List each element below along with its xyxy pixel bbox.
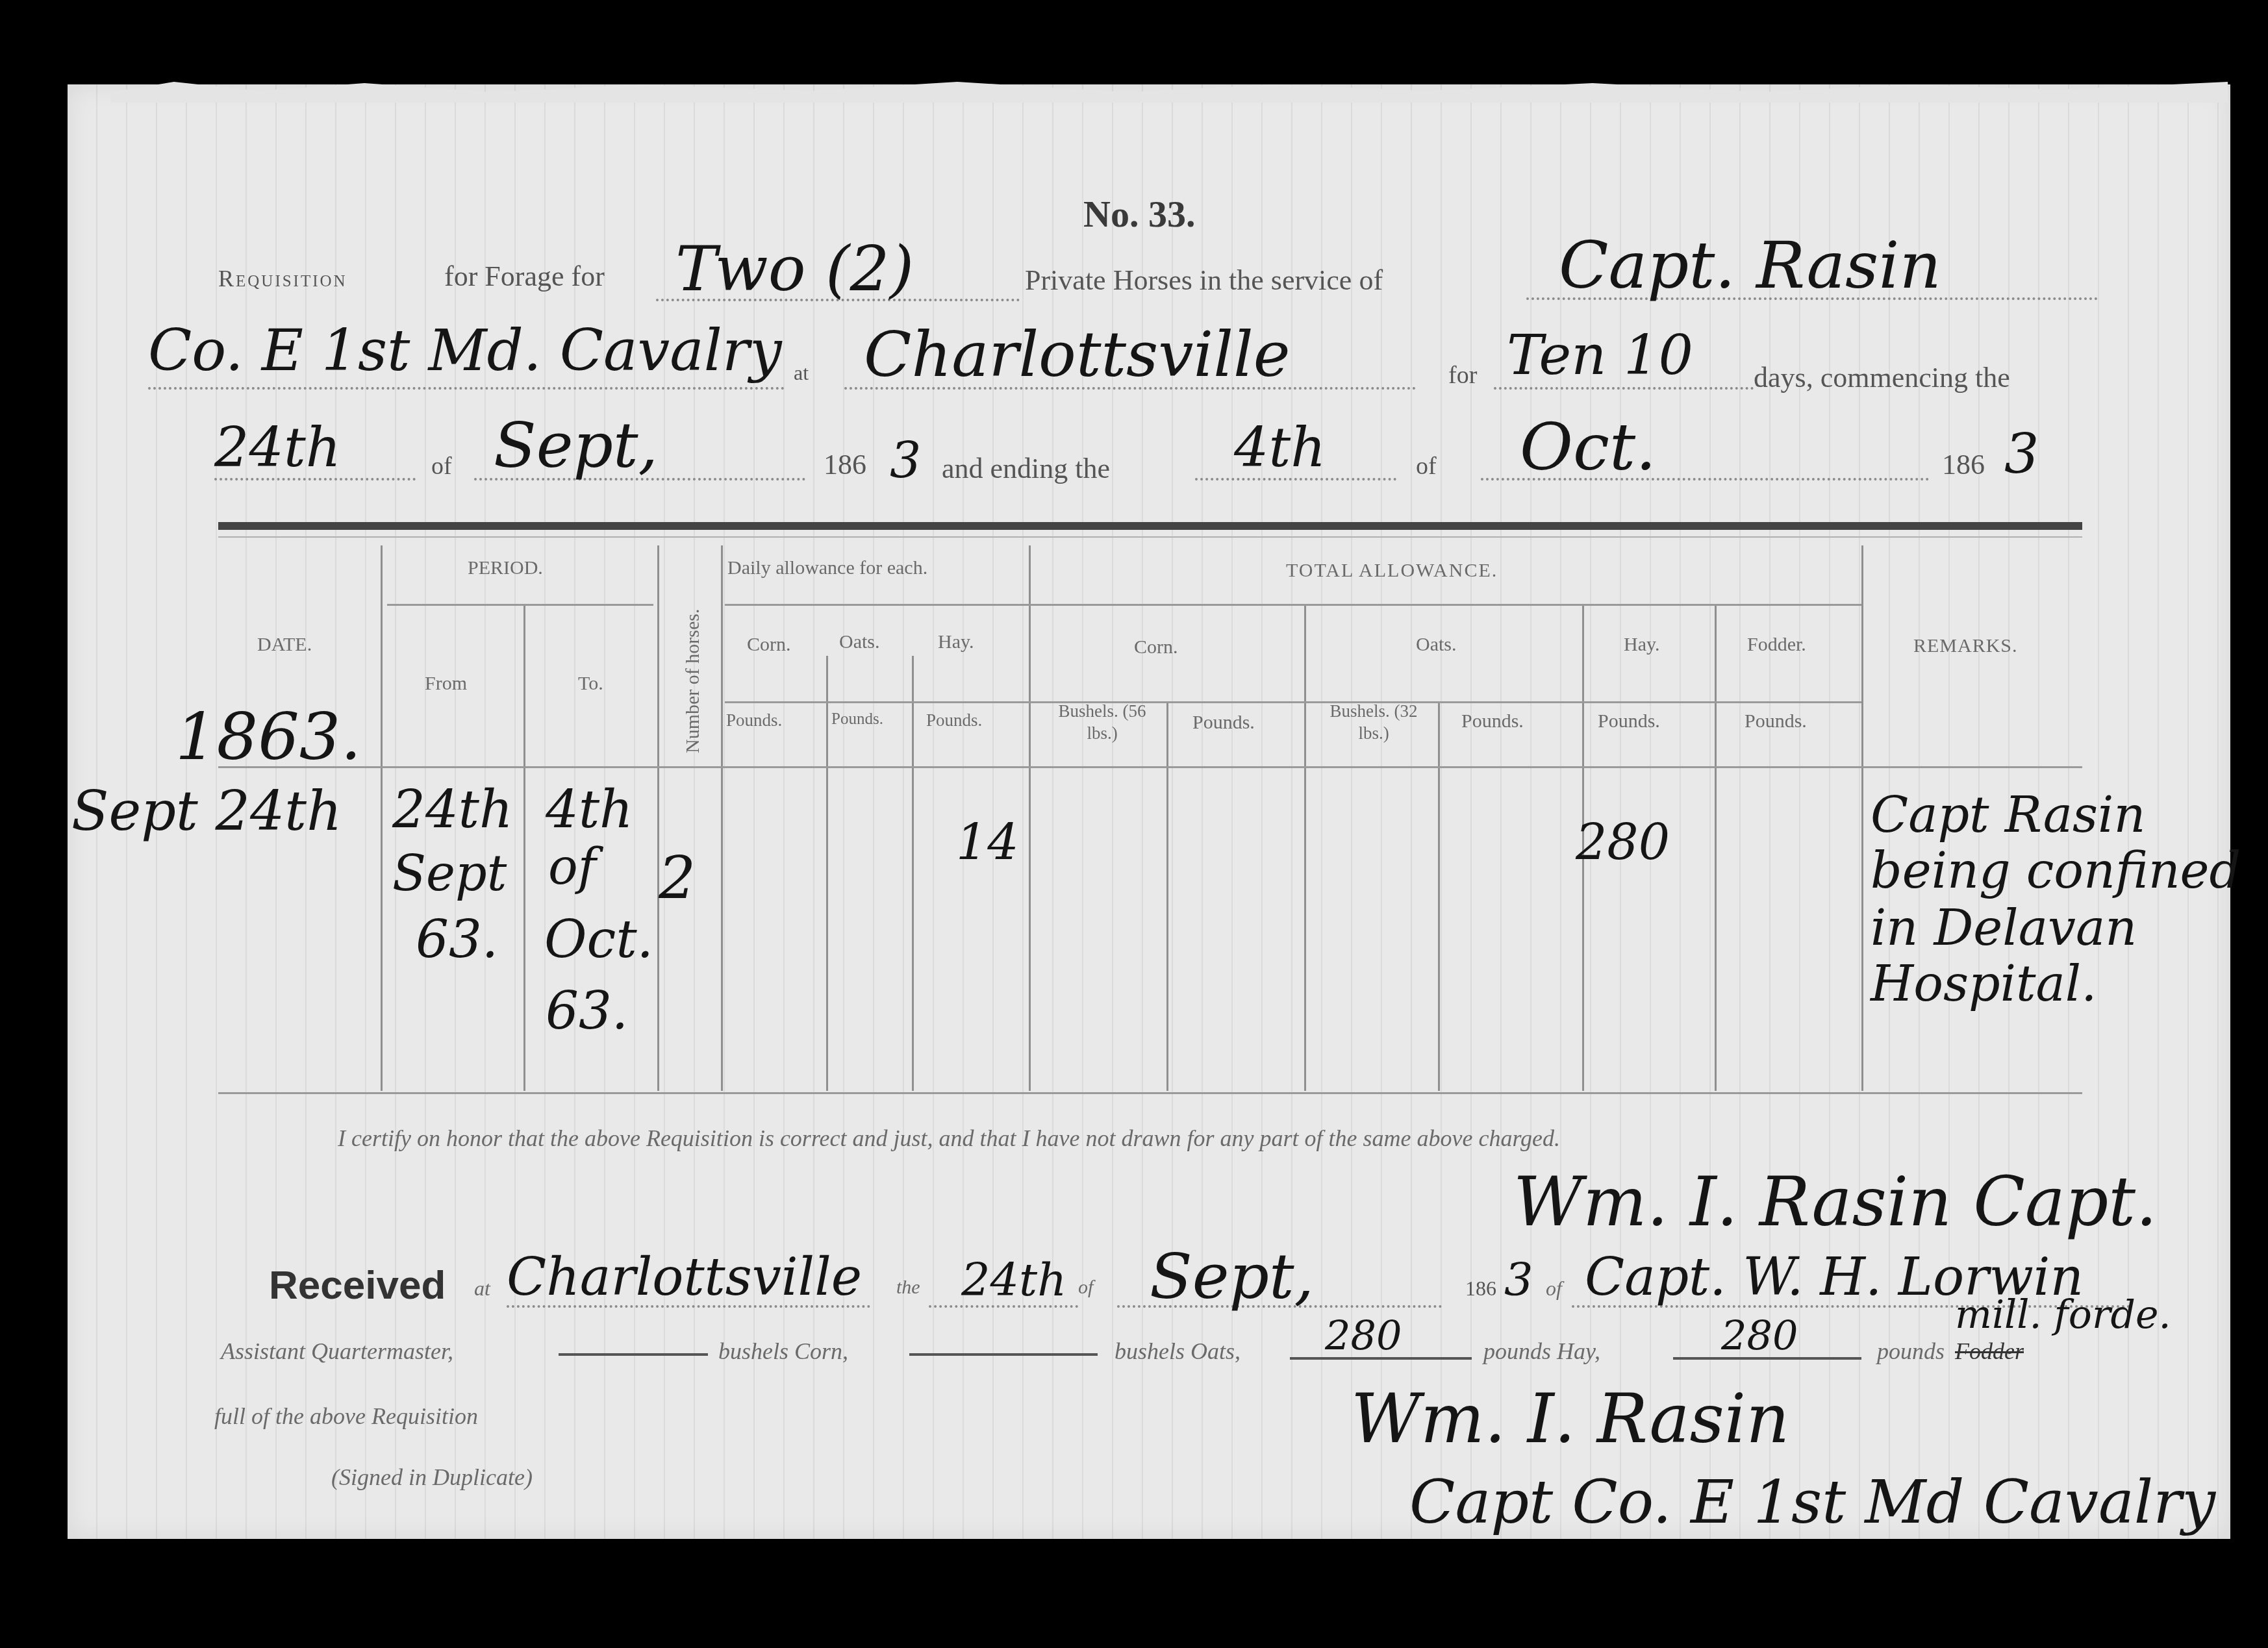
period-sub-rule [387,604,653,606]
received-of-label: of [1078,1277,1093,1299]
col-divider-daily-hay [1029,545,1031,1091]
receipt-signature-title: Capt Co. E 1st Md Cavalry [1409,1467,2215,1537]
start-day-value: 24th [214,416,341,479]
year-prefix-2: 186 [1942,448,1985,481]
header-fodder-pounds: Pounds. [1745,710,1807,732]
unit-value: Co. E 1st Md. Cavalry [148,317,782,384]
row-to-month: Oct. [544,909,653,969]
row-to-of: of [548,838,596,895]
row-to-year: 63. [546,980,628,1041]
received-the-label: the [896,1277,920,1299]
fodder-pounds-label: pounds [1877,1338,1945,1365]
hay-pounds-label: pounds Hay, [1483,1338,1600,1365]
received-label: Received [269,1262,446,1308]
header-hay-pounds: Pounds. [1598,710,1660,732]
header-daily-allowance: Daily allowance for each. [727,557,927,579]
asst-qm-label: Assistant Quartermaster, [221,1338,453,1365]
private-horses-label: Private Horses in the service of [1025,264,1383,297]
end-day-value: 4th [1234,416,1326,479]
horses-count-value: Two (2) [675,232,914,305]
received-of-label-2: of [1546,1277,1562,1301]
header-daily-corn: Corn. [747,634,791,656]
remarks-line-2: being confined [1871,842,2241,899]
col-divider-oats-bushels [1438,701,1440,1091]
col-divider-from [523,604,525,1091]
header-corn-pounds: Pounds. [1192,712,1255,734]
ending-label: and ending the [942,452,1110,485]
certification-signature: Wm. I. Rasin Capt. [1513,1162,2157,1242]
oats-bushels-label: bushels Oats, [1115,1338,1241,1365]
forage-for-label: for Forage for [444,260,605,293]
heavy-rule [218,522,2082,530]
header-daily-oats-pounds: Pounds. [831,710,883,729]
header-total-oats: Oats. [1416,634,1457,656]
col-divider-daily-oats [912,656,914,1091]
thin-rule [218,536,2082,538]
col-divider-date [381,545,383,1091]
col-divider-horses [721,545,723,1091]
received-place: Charlottsville [507,1247,862,1307]
certification-text: I certify on honor that the above Requis… [338,1125,1560,1152]
full-requisition-label: full of the above Requisition [214,1403,478,1430]
days-line [1494,387,1754,390]
col-divider-corn-pounds [1304,604,1306,1091]
header-daily-oats: Oats. [839,631,880,653]
hay-pounds-value: 280 [1325,1312,1402,1359]
start-year-digit: 3 [890,431,921,489]
corn-bushels-line [559,1353,708,1356]
row-date: Sept 24th [71,779,342,843]
unit-line [148,387,785,390]
received-year-prefix: 186 [1465,1277,1496,1301]
received-at-label: at [474,1277,490,1301]
of-label-2: of [1416,452,1437,481]
table-bottom-rule [218,1092,2082,1094]
at-label: at [794,361,809,385]
col-divider-daily-corn [826,656,828,1091]
header-total-hay: Hay. [1624,634,1660,656]
days-value: Ten 10 [1507,323,1693,387]
col-divider-to [657,545,659,1091]
row-total-hay: 280 [1576,813,1670,871]
oats-bushels-line [909,1353,1098,1356]
received-month: Sept, [1150,1240,1314,1313]
fodder-struck-text: Fodder [1955,1338,2024,1365]
header-period: PERIOD. [468,557,543,579]
for-label: for [1448,361,1477,390]
received-year-digit: 3 [1504,1253,1533,1306]
allowance-sub-rule [725,604,1861,606]
row-from-month: Sept [392,844,507,902]
row-from-day: 24th [392,779,512,840]
remarks-line-4: Hospital. [1871,955,2097,1012]
header-bottom-rule [218,766,2082,768]
col-divider-fodder [1861,545,1863,1091]
fodder-correction: mill. forde. [1955,1292,2171,1338]
of-label-1: of [431,452,452,481]
received-day: 24th [961,1253,1066,1306]
service-of-value: Capt. Rasin [1559,227,1941,303]
table-year: 1863. [175,699,361,775]
row-from-year: 63. [416,909,498,969]
header-total-corn: Corn. [1134,636,1178,658]
signed-duplicate-note: (Signed in Duplicate) [331,1464,533,1491]
header-daily-hay: Hay. [938,631,974,653]
remarks-line-1: Capt Rasin [1871,786,2145,843]
receipt-signature-name: Wm. I. Rasin [1351,1379,1789,1458]
days-commencing-label: days, commencing the [1754,361,2010,394]
requisition-label: Requisition [218,265,347,292]
header-from: From [425,673,467,695]
row-to-day: 4th [546,779,633,840]
header-total-fodder: Fodder. [1747,634,1806,656]
header-daily-hay-pounds: Pounds. [926,710,982,730]
start-month-value: Sept, [494,409,658,482]
header-oats-bushels: Bushels. (32 lbs.) [1318,700,1429,744]
header-number-of-horses: Number of horses. [682,609,704,753]
place-value: Charlottsville [864,318,1290,391]
remarks-line-3: in Delavan [1871,899,2137,956]
end-month-value: Oct. [1520,409,1656,485]
col-divider-corn-bushels [1166,701,1168,1091]
year-prefix-1: 186 [824,448,866,481]
header-date: DATE. [257,634,312,656]
header-oats-pounds: Pounds. [1461,710,1524,732]
form-number: No. 33. [1083,192,1195,236]
row-horses: 2 [659,844,696,912]
end-year-digit: 3 [2004,422,2039,486]
corn-bushels-label: bushels Corn, [718,1338,848,1365]
header-total-allowance: TOTAL ALLOWANCE. [1286,560,1498,582]
col-divider-hay [1715,604,1717,1091]
header-daily-corn-pounds: Pounds. [726,710,782,730]
header-to: To. [578,673,603,695]
header-remarks: REMARKS. [1913,635,2018,657]
row-daily-hay: 14 [956,813,1019,871]
fodder-pounds-value: 280 [1721,1312,1798,1359]
header-corn-bushels: Bushels. (56 lbs.) [1047,700,1157,744]
units-sub-rule [725,701,1861,703]
